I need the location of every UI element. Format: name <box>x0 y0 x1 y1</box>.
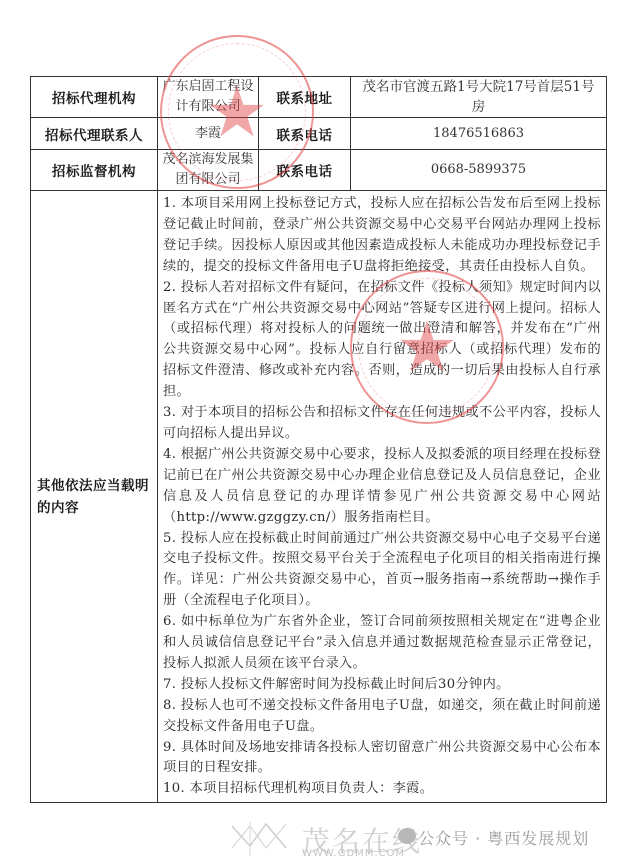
supervisor-value: 茂名滨海发展集团有限公司 <box>158 150 259 191</box>
watermark: 茂名在线 WWW.GDMM.COM 公众号 · 粤西发展规划 <box>230 818 630 863</box>
phone-label: 联系电话 <box>259 118 351 150</box>
other-content-label: 其他依法应当载明的内容 <box>31 191 158 803</box>
supervisor-label: 招标监督机构 <box>31 150 158 191</box>
table-row: 其他依法应当载明的内容 1. 本项目采用网上投标登记方式，投标人应在招标公告发布… <box>31 191 607 803</box>
list-item: 10. 本项目招标代理机构项目负责人：李霞。 <box>163 779 601 800</box>
list-item: 1. 本项目采用网上投标登记方式，投标人应在招标公告发布后至网上投标登记截止时间… <box>163 194 601 278</box>
list-item: 4. 根据广州公共资源交易中心要求，投标人及拟委派的项目经理在投标登记前已在广州… <box>163 445 601 529</box>
agency-contact-label: 招标代理联系人 <box>31 118 158 150</box>
other-content-label-text: 其他依法应当载明的内容 <box>37 478 149 516</box>
tender-info-table: 招标代理机构 广东启固工程设计有限公司 联系地址 茂名市官渡五路1号大院17号首… <box>30 76 607 803</box>
list-item: 9. 具体时间及场地安排请各投标人密切留意广州公共资源交易中心公布本项目的日程安… <box>163 738 601 780</box>
address-value: 茂名市官渡五路1号大院17号首层51号房 <box>351 77 607 118</box>
document-page: 招标代理机构 广东启固工程设计有限公司 联系地址 茂名市官渡五路1号大院17号首… <box>0 0 636 867</box>
watermark-url: WWW.GDMM.COM <box>302 848 405 859</box>
agency-label: 招标代理机构 <box>31 77 158 118</box>
address-label: 联系地址 <box>259 77 351 118</box>
table-row: 招标监督机构 茂名滨海发展集团有限公司 联系电话 0668-5899375 <box>31 150 607 191</box>
list-item: 8. 投标人也可不递交投标文件备用电子U盘，如递交，须在截止时间前递交投标文件备… <box>163 696 601 738</box>
list-item: 3. 对于本项目的招标公告和招标文件存在任何违规或不公平内容，投标人可向招标人提… <box>163 403 601 445</box>
brand-logo-icon <box>230 818 290 858</box>
wechat-icon <box>398 828 416 844</box>
agency-value: 广东启固工程设计有限公司 <box>158 77 259 118</box>
phone-value: 18476516863 <box>351 118 607 150</box>
list-item: 6. 如中标单位为广东省外企业，签订合同前须按照相关规定在“进粤企业和人员诚信信… <box>163 612 601 675</box>
supervisor-phone-label: 联系电话 <box>259 150 351 191</box>
table-row: 招标代理联系人 李霞 联系电话 18476516863 <box>31 118 607 150</box>
list-item: 2. 投标人若对招标文件有疑问，在招标文件《投标人须知》规定时间内以匿名方式在“… <box>163 278 601 403</box>
supervisor-phone-value: 0668-5899375 <box>351 150 607 191</box>
watermark-account: 公众号 · 粤西发展规划 <box>418 826 589 849</box>
list-item: 5. 投标人应在投标截止时间前通过广州公共资源交易中心电子交易平台递交电子投标文… <box>163 529 601 613</box>
list-item: 7. 投标人投标文件解密时间为投标截止时间后30分钟内。 <box>163 675 601 696</box>
other-content-list: 1. 本项目采用网上投标登记方式，投标人应在招标公告发布后至网上投标登记截止时间… <box>158 191 607 803</box>
agency-contact-value: 李霞 <box>158 118 259 150</box>
table-row: 招标代理机构 广东启固工程设计有限公司 联系地址 茂名市官渡五路1号大院17号首… <box>31 77 607 118</box>
